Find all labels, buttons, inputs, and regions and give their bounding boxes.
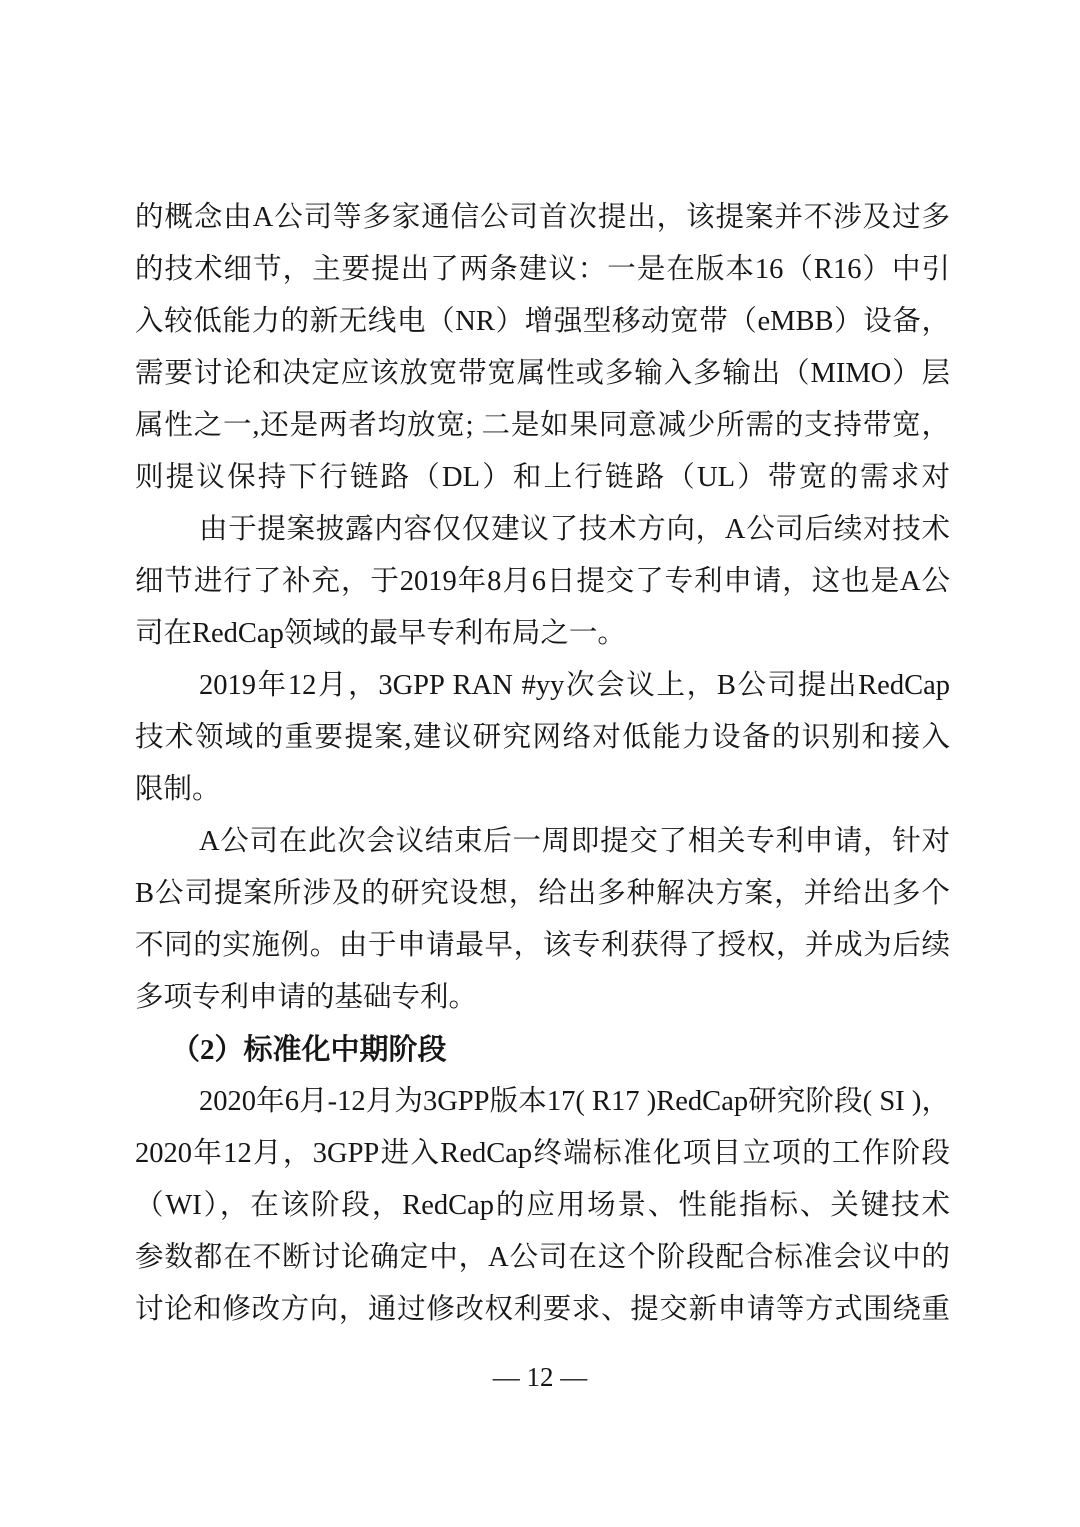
text-line: 需要讨论和决定应该放宽带宽属性或多输入多输出（MIMO）层 [135, 348, 950, 400]
text-line: 入较低能力的新无线电（NR）增强型移动宽带（eMBB）设备， [135, 296, 950, 348]
text-line: 由于提案披露内容仅仅建议了技术方向，A公司后续对技术 [135, 504, 950, 556]
page-number: — 12 — [493, 1362, 588, 1392]
text-line: 的概念由A公司等多家通信公司首次提出，该提案并不涉及过多 [135, 192, 950, 244]
text-line: 不同的实施例。由于申请最早，该专利获得了授权，并成为后续 [135, 920, 950, 972]
page-footer: — 12 — [0, 1362, 1080, 1393]
text-line: 技术领域的重要提案,建议研究网络对低能力设备的识别和接入 [135, 712, 950, 764]
text-line: 则提议保持下行链路（DL）和上行链路（UL）带宽的需求对称。 [135, 452, 950, 504]
text-line: A公司在此次会议结束后一周即提交了相关专利申请，针对 [135, 816, 950, 868]
text-line: 属性之一,还是两者均放宽; 二是如果同意减少所需的支持带宽， [135, 400, 950, 452]
text-line: 2020年6月-12月为3GPP版本17( R17 )RedCap研究阶段( S… [135, 1076, 950, 1128]
text-line: 2020年12月，3GPP进入RedCap终端标准化项目立项的工作阶段 [135, 1128, 950, 1180]
text-line: 限制。 [135, 764, 950, 816]
section-heading: （2）标准化中期阶段 [135, 1024, 950, 1076]
text-line: 参数都在不断讨论确定中，A公司在这个阶段配合标准会议中的 [135, 1232, 950, 1284]
text-line: （WI），在该阶段，RedCap的应用场景、性能指标、关键技术 [135, 1180, 950, 1232]
document-body: 的概念由A公司等多家通信公司首次提出，该提案并不涉及过多的技术细节，主要提出了两… [135, 192, 950, 1336]
text-line: B公司提案所涉及的研究设想，给出多种解决方案，并给出多个 [135, 868, 950, 920]
text-line: 多项专利申请的基础专利。 [135, 972, 950, 1024]
text-line: 司在RedCap领域的最早专利布局之一。 [135, 608, 950, 660]
text-line: 的技术细节，主要提出了两条建议：一是在版本16（R16）中引 [135, 244, 950, 296]
text-line: 讨论和修改方向，通过修改权利要求、提交新申请等方式围绕重 [135, 1284, 950, 1336]
document-page: 的概念由A公司等多家通信公司首次提出，该提案并不涉及过多的技术细节，主要提出了两… [0, 0, 1080, 1527]
text-line: 细节进行了补充，于2019年8月6日提交了专利申请，这也是A公 [135, 556, 950, 608]
text-line: 2019年12月，3GPP RAN #yy次会议上，B公司提出RedCap [135, 660, 950, 712]
